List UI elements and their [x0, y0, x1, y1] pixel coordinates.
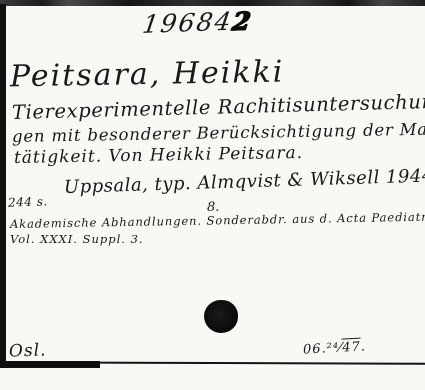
scan-edge-left — [0, 4, 6, 368]
date-mark-suffix: . — [360, 339, 366, 354]
pagination-note: 244 s. — [8, 194, 48, 209]
series-note-line-1: Akademische Abhandlungen. Sonderabdr. au… — [10, 210, 425, 231]
bottom-right-date-mark: 06.²⁴⁄47. — [303, 339, 367, 357]
accession-number-main: 19684 — [141, 7, 235, 39]
date-mark-overlined: 47 — [342, 338, 361, 356]
accession-number-blotted-digit: 2 — [231, 6, 255, 36]
scan-edge-top — [0, 0, 425, 6]
catalog-card: 196842 Peitsara, Heikki Tierexperimentel… — [0, 0, 425, 390]
card-bottom-edge-thick-segment — [0, 361, 100, 368]
title-line-2: gen mit besonderer Berücksichtigung der … — [12, 119, 425, 146]
author-heading: Peitsara, Heikki — [10, 55, 285, 95]
title-line-1: Tierexperimentelle Rachitisuntersuchun- — [12, 90, 425, 124]
accession-number: 196842 — [141, 6, 255, 39]
imprint-line: Uppsala, typ. Almqvist & Wiksell 1944. — [64, 165, 425, 198]
punch-hole — [204, 300, 238, 333]
date-mark-prefix: 06.²⁴⁄ — [303, 341, 343, 358]
title-line-3: tätigkeit. Von Heikki Peitsara. — [14, 143, 303, 168]
bottom-left-initials: Osl. — [9, 340, 47, 361]
series-note-line-2: Vol. XXXI. Suppl. 3. — [10, 232, 144, 246]
